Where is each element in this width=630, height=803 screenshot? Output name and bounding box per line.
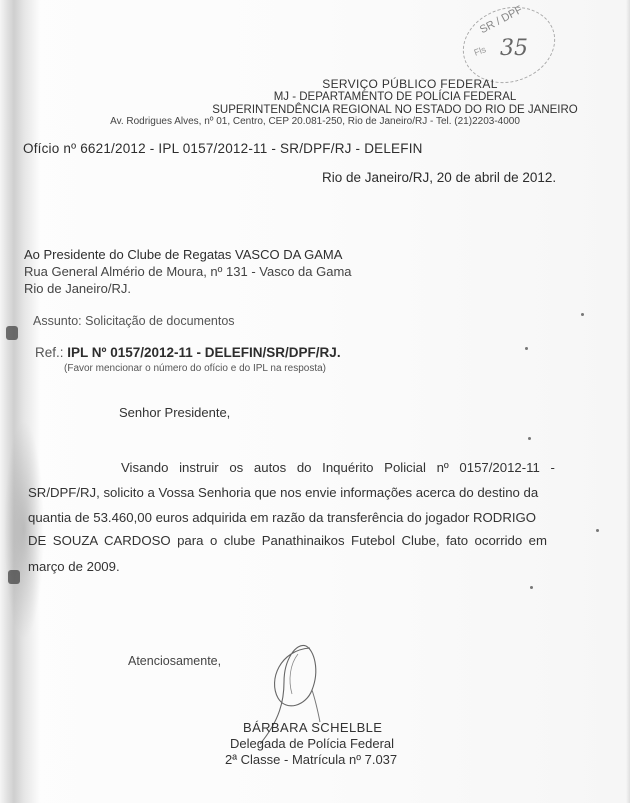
punch-hole — [6, 326, 18, 340]
scan-speck — [530, 586, 533, 589]
stamp-number: 35 — [500, 36, 528, 61]
scan-speck — [525, 347, 528, 350]
signatory-name: BÁRBARA SCHELBLE — [243, 720, 382, 735]
scan-speck — [596, 529, 599, 532]
recipient-line-1: Ao Presidente do Clube de Regatas VASCO … — [24, 247, 342, 262]
letterhead-line-2: MJ - DEPARTAMENTO DE POLÍCIA FEDERAL — [80, 91, 630, 103]
ref-value: IPL Nº 0157/2012-11 - DELEFIN/SR/DPF/RJ. — [67, 345, 340, 360]
body-line: Visando instruir os autos do Inquérito P… — [121, 460, 555, 475]
recipient-line-3: Rio de Janeiro/RJ. — [24, 281, 131, 296]
signatory-role: Delegada de Polícia Federal — [230, 736, 394, 751]
reference: Ref.: IPL Nº 0157/2012-11 - DELEFIN/SR/D… — [35, 345, 341, 360]
subject-value: Solicitação de documentos — [85, 314, 234, 328]
body-line: SR/DPF/RJ, solicito a Vossa Senhoria que… — [28, 485, 538, 500]
body-line: quantia de 53.460,00 euros adquirida em … — [28, 510, 536, 525]
ref-note: (Favor mencionar o número do ofício e do… — [64, 363, 326, 374]
scan-speck — [528, 437, 531, 440]
letterhead-line-3: SUPERINTENDÊNCIA REGIONAL NO ESTADO DO R… — [80, 104, 630, 116]
place-date: Rio de Janeiro/RJ, 20 de abril de 2012. — [322, 170, 556, 185]
signatory-class: 2ª Classe - Matrícula nº 7.037 — [225, 752, 397, 767]
letterhead-line-1: SERVIÇO PÚBLICO FEDERAL — [95, 77, 630, 91]
body-line: DE SOUZA CARDOSO para o clube Panathinai… — [28, 533, 547, 548]
punch-hole — [8, 570, 20, 584]
scan-shadow — [4, 420, 44, 640]
salutation: Senhor Presidente, — [119, 405, 230, 420]
closing: Atenciosamente, — [128, 654, 221, 668]
recipient-line-2: Rua General Almério de Moura, nº 131 - V… — [24, 264, 352, 279]
ref-label: Ref.: — [35, 345, 64, 360]
letterhead-address: Av. Rodrigues Alves, nº 01, Centro, CEP … — [0, 116, 630, 127]
subject-label: Assunto: — [33, 314, 82, 328]
scan-speck — [581, 313, 584, 316]
document-reference: Ofício nº 6621/2012 - IPL 0157/2012-11 -… — [23, 141, 423, 156]
body-line: março de 2009. — [28, 559, 120, 574]
subject: Assunto: Solicitação de documentos — [33, 314, 235, 328]
